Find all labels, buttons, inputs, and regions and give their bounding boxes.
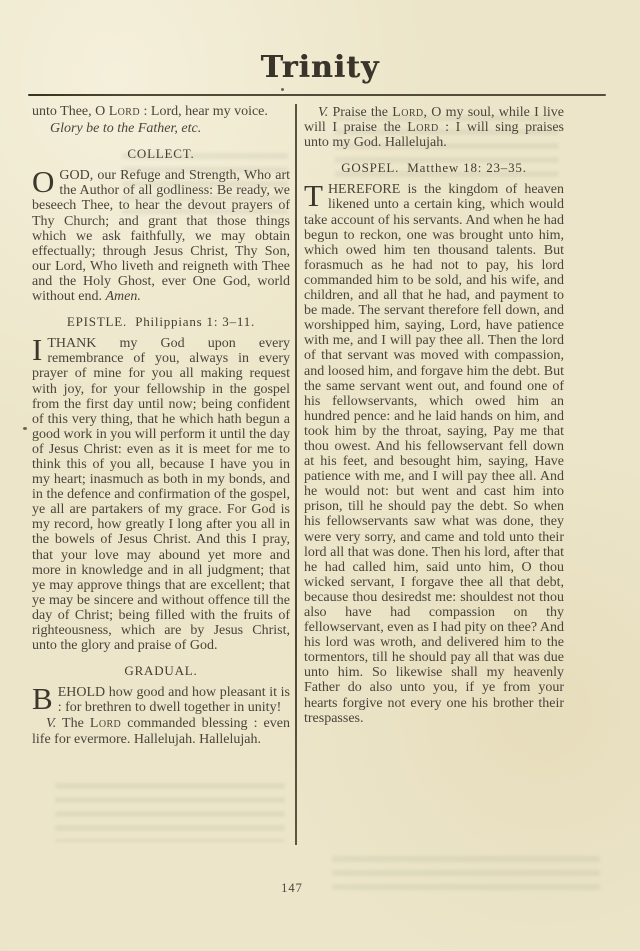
- gradual-heading: GRADUAL.: [32, 663, 290, 678]
- header-rule: [28, 94, 606, 96]
- scanned-book-page: Trinity unto Thee, O Lord : Lord, hear m…: [0, 0, 640, 951]
- page-number: 147: [262, 881, 322, 896]
- praise-versicle: V. Praise the Lord, O my soul, while I l…: [304, 105, 564, 150]
- collect-text: GOD, our Refuge and Strength, Who art th…: [32, 168, 290, 304]
- gospel-paragraph: THEREFORE is the kingdom of heaven liken…: [304, 182, 564, 725]
- gospel-text: HEREFORE is the kingdom of heaven likene…: [304, 182, 564, 725]
- column-divider-rule: [295, 104, 297, 845]
- epistle-paragraph: ITHANK my God upon every remembrance of …: [32, 336, 290, 653]
- gradual-dropcap: B: [32, 685, 58, 711]
- epistle-dropcap: I: [32, 336, 47, 362]
- collect-dropcap: O: [32, 168, 59, 194]
- collect-paragraph: OGOD, our Refuge and Strength, Who art t…: [32, 168, 290, 304]
- epistle-heading: EPISTLE. Philippians 1: 3–11.: [32, 314, 290, 329]
- right-column: V. Praise the Lord, O my soul, while I l…: [304, 104, 564, 726]
- show-through-artifact: [332, 853, 600, 891]
- gloria-patri-line: Glory be to the Father, etc.: [32, 121, 290, 136]
- psalm-continuation-paragraph: unto Thee, O Lord : Lord, hear my voice.: [32, 104, 290, 119]
- epistle-text: THANK my God upon every remembrance of y…: [32, 336, 290, 653]
- gospel-heading: GOSPEL. Matthew 18: 23–35.: [304, 160, 564, 175]
- gradual-versicle: V. The Lord commanded blessing : even li…: [32, 716, 290, 746]
- show-through-artifact: [55, 780, 285, 842]
- gradual-text: EHOLD how good and how pleasant it is : …: [58, 685, 290, 715]
- gradual-paragraph: BEHOLD how good and how pleasant it is :…: [32, 685, 290, 715]
- gospel-dropcap: T: [304, 182, 328, 208]
- print-speck: [281, 88, 284, 91]
- page-title: Trinity: [0, 50, 640, 85]
- print-speck: [23, 427, 27, 430]
- collect-heading: COLLECT.: [32, 146, 290, 161]
- left-column: unto Thee, O Lord : Lord, hear my voice.…: [32, 104, 290, 747]
